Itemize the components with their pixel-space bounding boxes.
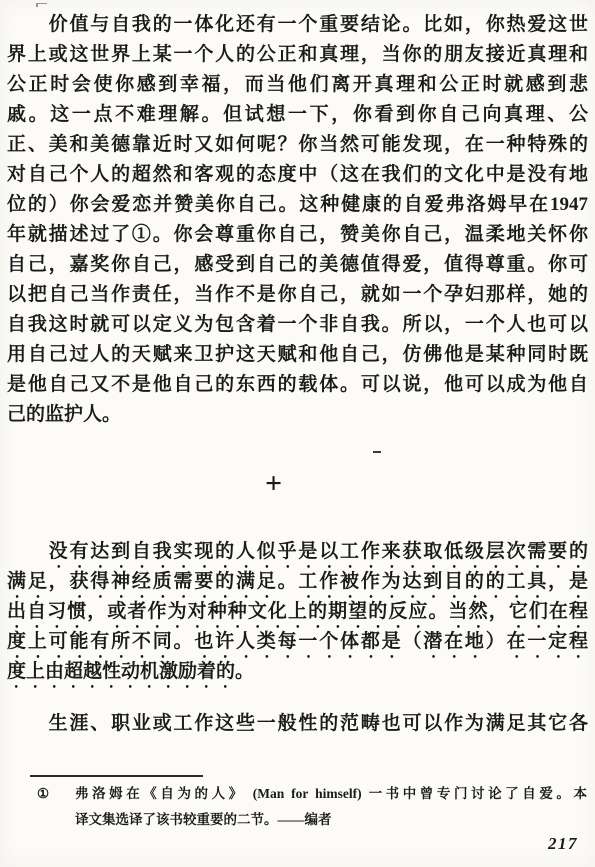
- page-number: 217: [548, 834, 578, 854]
- text-line: 满足，获得神经质需要的满足。工作被作为达到目的的工具，是: [7, 567, 588, 597]
- text-line: 己的监护人。: [7, 400, 588, 430]
- text-line: 价值与自我的一体化还有一个重要结论。比如，你热爱这世: [7, 10, 588, 40]
- text-line: 度上可能有所不同。也许人类每一个体都是（潜在地）在一定程: [7, 627, 588, 657]
- footnote: ① 弗洛姆在《自为的人》 (Man for himself) 一书中曾专门讨论了…: [37, 781, 588, 833]
- text-line: 界上或这世界上某一个人的公正和真理，当你的朋友接近真理和: [7, 40, 588, 70]
- text-line: 译文集选译了该书较重要的二节。——编者: [75, 807, 587, 833]
- text-line: 弗洛姆在《自为的人》 (Man for himself) 一书中曾专门讨论了自爱…: [75, 781, 587, 807]
- text-line: 出自习惯，或者作为对种种文化上的期望的反应。当然，它们在程: [7, 597, 588, 627]
- footnote-text: 弗洛姆在《自为的人》 (Man for himself) 一书中曾专门讨论了自爱…: [75, 781, 587, 833]
- text-line: 自己，嘉奖你自己，感受到自己的美德值得爱，值得尊重。你可: [7, 250, 588, 280]
- book-page: 价值与自我的一体化还有一个重要结论。比如，你热爱这世界上或这世界上某一个人的公正…: [0, 0, 595, 867]
- text-line: 用自己过人的天赋来卫护这天赋和他自己，仿佛他是某种同时既: [7, 340, 588, 370]
- footnote-rule: [30, 775, 203, 777]
- section-divider: +: [7, 430, 588, 537]
- text-line: 正、美和美德靠近时又如何呢？你当然可能发现，在一种特殊的: [7, 130, 588, 160]
- text-line: 公正时会使你感到幸福，而当他们离开真理和公正时就感到悲: [7, 70, 588, 100]
- text-line: 自我这时就可以定义为包含着一个非自我。所以，一个人也可以: [7, 310, 588, 340]
- plus-divider-glyph: +: [265, 469, 282, 499]
- text-line: 是他自己又不是他自己的东西的载体。可以说，他可以成为他自: [7, 370, 588, 400]
- text-line: 年就描述过了①。你会尊重你自己，赞美你自己，温柔地关怀你: [7, 220, 588, 250]
- text-line: 没有达到自我实现的人似乎是以工作来获取低级层次需要的: [7, 537, 588, 567]
- text-line: 位的）你会爱恋并赞美你自己。这种健康的自爱弗洛姆早在1947: [7, 190, 588, 220]
- text-line: 戚。这一点不难理解。但试想一下，你看到你自己向真理、公: [7, 100, 588, 130]
- text-column: 价值与自我的一体化还有一个重要结论。比如，你热爱这世界上或这世界上某一个人的公正…: [7, 10, 588, 833]
- footnote-marker: ①: [37, 781, 53, 833]
- text-line: 以把自己当作责任，当作不是你自己，就如一个孕妇那样，她的: [7, 280, 588, 310]
- scan-artifact: [36, 3, 47, 7]
- text-line: 度上由超越性动机激励着的。: [7, 657, 588, 687]
- text-line: 生涯、职业或工作这些一般性的范畴也可以作为满足其它各: [7, 709, 588, 739]
- text-line: 对自己个人的超然和客观的态度中（这在我们的文化中是没有地: [7, 160, 588, 190]
- paragraph-3: 生涯、职业或工作这些一般性的范畴也可以作为满足其它各: [7, 709, 588, 739]
- paragraph-1: 价值与自我的一体化还有一个重要结论。比如，你热爱这世界上或这世界上某一个人的公正…: [7, 10, 588, 430]
- paragraph-2-emphasized: 没有达到自我实现的人似乎是以工作来获取低级层次需要的满足，获得神经质需要的满足。…: [7, 537, 588, 687]
